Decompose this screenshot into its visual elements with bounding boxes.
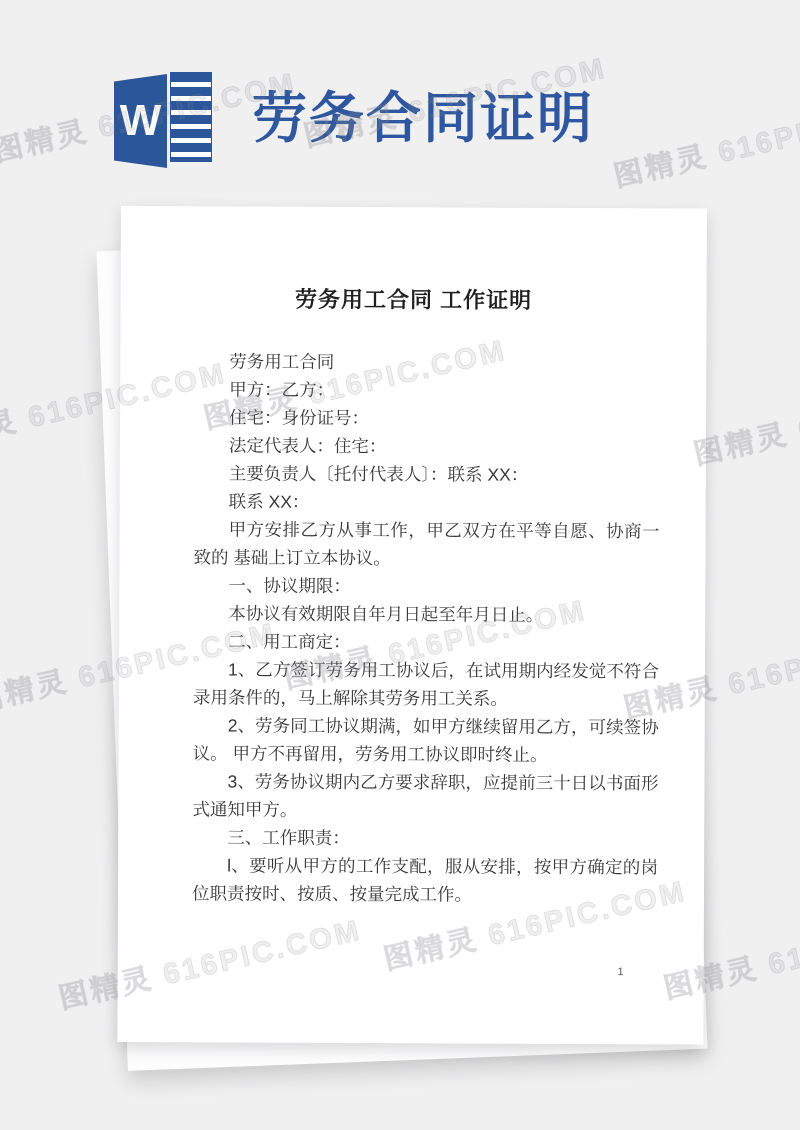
paragraph-heading: 三、工作职责： <box>192 823 658 853</box>
paragraph-heading: 一、协议期限： <box>193 571 659 601</box>
paragraph: 3、劳务协议期内乙方要求辞职，应提前三十日以书面形式通知甲方。 <box>192 767 658 825</box>
paragraph-heading: 二、用工商定： <box>193 627 659 657</box>
word-w-icon: W <box>114 74 167 168</box>
paragraph: 2、劳务同工协议期满，如甲方继续留用乙方，可续签协议。 甲方不再留用，劳务用工协… <box>193 711 659 769</box>
paragraph: 住宅：身份证号： <box>194 403 660 433</box>
paragraph: 本协议有效期限自年月日起至年月日止。 <box>193 599 659 629</box>
paragraph: 法定代表人：住宅： <box>194 431 660 461</box>
word-icon: W <box>106 72 216 170</box>
document-page: 劳务用工合同 工作证明 劳务用工合同 甲方：乙方： 住宅：身份证号： 法定代表人… <box>117 206 707 1045</box>
word-document-lines-icon <box>170 72 212 162</box>
page-title: 劳务合同证明 <box>252 74 594 153</box>
document-body: 劳务用工合同 甲方：乙方： 住宅：身份证号： 法定代表人：住宅： 主要负责人〔托… <box>118 347 706 910</box>
paragraph: 甲方安排乙方从事工作，甲乙双方在平等自愿、协商一致的 基础上订立本协议。 <box>193 515 659 573</box>
document-title: 劳务用工合同 工作证明 <box>121 206 707 316</box>
paragraph: l、要听从甲方的工作支配，服从安排，按甲方确定的岗位职责按时、按质、按量完成工作… <box>192 851 658 909</box>
paragraph: 甲方：乙方： <box>194 375 660 405</box>
page-number: 1 <box>618 966 624 978</box>
paragraph: 劳务用工合同 <box>194 347 660 377</box>
paragraph: 联系 XX： <box>194 487 660 517</box>
header: W 劳务合同证明 <box>0 0 800 190</box>
screenshot-canvas: W 劳务合同证明 劳务用工合同 工作证明 劳务用工合同 甲方：乙方： 住宅：身份… <box>0 0 800 1130</box>
paragraph: 主要负责人〔托付代表人〕：联系 XX： <box>194 459 660 489</box>
paragraph: 1、乙方签订劳务用工协议后，在试用期内经发觉不符合录用条件的，马上解除其劳务用工… <box>193 655 659 713</box>
